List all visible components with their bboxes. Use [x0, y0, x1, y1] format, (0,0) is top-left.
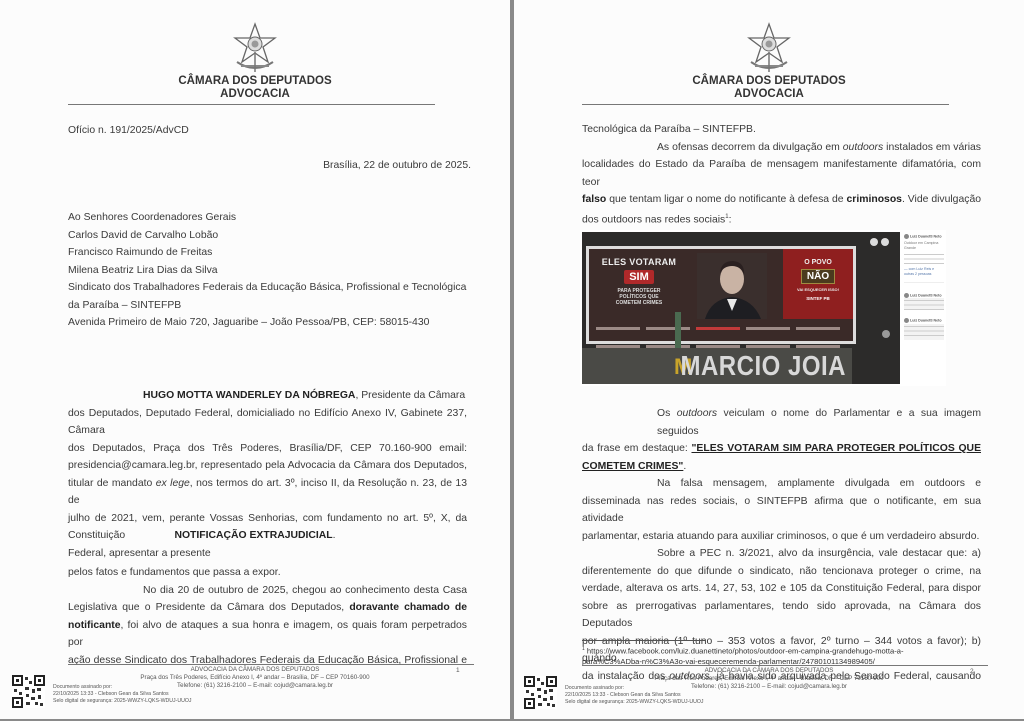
- text-span: ex lege: [156, 478, 190, 489]
- header-divider: [68, 104, 435, 105]
- text-line: presidencia@camara.leg.br, representado …: [68, 457, 467, 475]
- text-line: disseminada nas redes sociais, o SINTEFP…: [582, 493, 981, 528]
- footer-line: Praça dos Três Poderes, Edifício Anexo I…: [0, 674, 510, 682]
- text-span: que tentam ligar o nome do notificante à…: [606, 194, 846, 205]
- notifier-name: HUGO MOTTA WANDERLEY DA NÓBREGA: [143, 390, 355, 401]
- post-author[interactable]: Luiz Duanetti Neto: [910, 234, 942, 238]
- text-line: parlamentar, estaria atuando para auxili…: [582, 528, 981, 546]
- text-span: outdoors: [677, 408, 717, 419]
- footnote: 1 https://www.facebook.com/luiz.duanetti…: [582, 644, 903, 667]
- qr-code-icon: [12, 675, 45, 708]
- quoted-phrase: "ELES VOTARAM SIM PARA PROTEGER POLÍTICO…: [691, 443, 981, 454]
- text-span: .: [333, 530, 336, 541]
- document-page-1: CÂMARA DOS DEPUTADOS ADVOCACIA Ofício n.…: [0, 0, 510, 719]
- text-line: Na falsa mensagem, amplamente divulgada …: [582, 475, 981, 493]
- text-span: da frase em destaque:: [582, 443, 691, 454]
- billboard-screenshot: ELES VOTARAM SIM PARA PROTEGER POLÍTICOS…: [580, 230, 946, 386]
- text-line: sobre as prerrogativas parlamentares, te…: [582, 598, 981, 633]
- text-line: Federal, apresentar a presente: [68, 545, 467, 563]
- text-span: instalados em várias: [883, 142, 981, 153]
- text-line: diferentemente do que difunde o sindicat…: [582, 563, 981, 581]
- text-span: titular de mandato: [68, 478, 156, 489]
- text-line: No dia 20 de outubro de 2025, chegou ao …: [68, 582, 467, 600]
- post-tags[interactable]: — com Luiz Reis e outras 2 pessoas: [904, 267, 944, 276]
- notification-heading: NOTIFICAÇÃO EXTRAJUDICIAL.: [0, 527, 510, 545]
- options-icon[interactable]: [881, 238, 889, 246]
- text-span: outdoors: [843, 142, 883, 153]
- signature-signer: 22/10/2025 13:33 - Clebson Gean da Silva…: [565, 692, 703, 699]
- post-caption: Outdoor em Campina Grande: [904, 241, 944, 250]
- graffiti-text: MARCIO JOIA: [680, 351, 846, 383]
- text-line: localidades do Estado da Paraíba de mens…: [582, 156, 981, 191]
- footer-line: ADVOCACIA DA CÂMARA DOS DEPUTADOS: [514, 667, 1024, 675]
- text-span: criminosos: [847, 194, 902, 205]
- institution-name: CÂMARA DOS DEPUTADOS: [0, 75, 510, 88]
- facebook-post-panel: Luiz Duanetti Neto Outdoor em Campina Gr…: [902, 232, 946, 384]
- comment-author[interactable]: Luiz Duanetti Neto: [910, 319, 942, 323]
- text-span: .: [683, 461, 686, 472]
- billboard: ELES VOTARAM SIM PARA PROTEGER POLÍTICOS…: [586, 246, 856, 344]
- document-page-2: CÂMARA DOS DEPUTADOS ADVOCACIA Tecnológi…: [514, 0, 1024, 719]
- footer-line: ADVOCACIA DA CÂMARA DOS DEPUTADOS: [0, 666, 510, 674]
- footnote-link[interactable]: https://www.facebook.com/luiz.duanettine…: [585, 647, 904, 656]
- recipient-org: Sindicato dos Trabalhadores Federais da …: [68, 279, 466, 297]
- text-span: Legislativa que o Presidente da Câmara d…: [68, 602, 349, 613]
- header-divider: [582, 104, 949, 105]
- sintefpb-logo: SINTEF PB: [783, 296, 853, 301]
- text-line: dos Deputados, Deputado Federal, domicia…: [68, 405, 467, 440]
- billboard-text: O POVO: [783, 259, 853, 266]
- document-date: Brasília, 22 de outubro de 2025.: [323, 157, 471, 175]
- digital-signature: Documento assinado por: 22/10/2025 13:33…: [565, 685, 703, 706]
- signature-label: Documento assinado por:: [53, 684, 191, 691]
- text-span: Os: [657, 408, 677, 419]
- billboard-sim: SIM: [624, 270, 654, 284]
- wall-graffiti: M MARCIO JOIA: [582, 348, 852, 384]
- letterhead-title: CÂMARA DOS DEPUTADOS ADVOCACIA: [0, 75, 510, 101]
- text-span: falso: [582, 194, 606, 205]
- paragraph-facts: pelos fatos e fundamentos que passa a ex…: [68, 564, 467, 669]
- footnote-divider: [582, 640, 706, 641]
- billboard-photo: ELES VOTARAM SIM PARA PROTEGER POLÍTICOS…: [582, 232, 900, 384]
- institution-name: CÂMARA DOS DEPUTADOS: [514, 75, 1024, 88]
- text-line: dos Deputados, Praça dos Três Poderes, B…: [68, 440, 467, 458]
- avatar: [904, 293, 909, 298]
- page-number: 2: [970, 668, 974, 675]
- text-span: notificante: [68, 620, 121, 631]
- text-span: As ofensas decorrem da divulgação em: [657, 142, 843, 153]
- recipient-salutation: Ao Senhores Coordenadores Gerais: [68, 209, 466, 227]
- text-span: , Presidente da Câmara: [355, 390, 465, 401]
- page-number: 1: [456, 667, 460, 674]
- footer-divider: [582, 665, 988, 666]
- billboard-text: COMETEM CRIMES: [589, 300, 689, 306]
- text-line: Tecnológica da Paraíba – SINTEFPB.: [582, 121, 981, 139]
- billboard-text: ELES VOTARAM: [589, 257, 689, 267]
- department-name: ADVOCACIA: [514, 88, 1024, 101]
- billboard-nao: NÃO: [801, 269, 835, 284]
- recipient-name: Milena Beatriz Lira Dias da Silva: [68, 262, 466, 280]
- billboard-left-panel: ELES VOTARAM SIM PARA PROTEGER POLÍTICOS…: [589, 249, 689, 319]
- recipient-name: Carlos David de Carvalho Lobão: [68, 227, 466, 245]
- text-line: verdade, alterava os arts. 14, 27, 53, 1…: [582, 580, 981, 598]
- recipient-block: Ao Senhores Coordenadores Gerais Carlos …: [68, 209, 466, 332]
- billboard-text: VAI ESQUECER ISSO!: [783, 287, 853, 292]
- next-photo-icon[interactable]: [882, 330, 890, 338]
- brazil-coat-of-arms-icon: [231, 22, 279, 74]
- heading-text: NOTIFICAÇÃO EXTRAJUDICIAL: [174, 530, 332, 541]
- avatar: [904, 318, 909, 323]
- recipient-name: Francisco Raimundo de Freitas: [68, 244, 466, 262]
- footer-divider: [68, 664, 474, 665]
- text-span: . Vide divulgação: [902, 194, 981, 205]
- zoom-icon[interactable]: [870, 238, 878, 246]
- signature-seal: Selo digital de segurança: 2025-WWZY-LQK…: [565, 699, 703, 706]
- quoted-phrase: COMETEM CRIMES": [582, 461, 683, 472]
- qr-code-icon: [524, 676, 557, 709]
- text-line: Sobre a PEC n. 3/2021, alvo da insurgênc…: [582, 545, 981, 563]
- signature-seal: Selo digital de segurança: 2025-WWZY-LQK…: [53, 698, 191, 705]
- paragraph-offenses: Tecnológica da Paraíba – SINTEFPB. As of…: [582, 121, 981, 228]
- department-name: ADVOCACIA: [0, 88, 510, 101]
- billboard-right-panel: O POVO NÃO VAI ESQUECER ISSO! SINTEF PB: [783, 249, 853, 319]
- signature-label: Documento assinado por:: [565, 685, 703, 692]
- paragraph-billboard-phrase: Os outdoors veiculam o nome do Parlament…: [582, 405, 981, 685]
- portrait-image: [697, 253, 767, 319]
- oficio-number: Ofício n. 191/2025/AdvCD: [68, 122, 189, 140]
- text-line: pelos fatos e fundamentos que passa a ex…: [68, 564, 467, 582]
- avatar: [904, 234, 909, 239]
- footer-line: Praça dos Três Poderes, Edifício Anexo I…: [514, 675, 1024, 683]
- digital-signature: Documento assinado por: 22/10/2025 13:33…: [53, 684, 191, 705]
- text-span: , foi alvo de ataques a sua honra e imag…: [68, 620, 467, 649]
- recipient-org: da Paraíba – SINTEFPB: [68, 297, 466, 315]
- deputy-names-list: [593, 319, 849, 335]
- signature-signer: 22/10/2025 13:33 - Clebson Gean da Silva…: [53, 691, 191, 698]
- letterhead-title: CÂMARA DOS DEPUTADOS ADVOCACIA: [514, 75, 1024, 101]
- brazil-coat-of-arms-icon: [745, 22, 793, 74]
- comment-author[interactable]: Luiz Duanetti Neto: [910, 294, 942, 298]
- text-span: :: [729, 214, 732, 225]
- text-span: dos outdoors nas redes sociais: [582, 214, 725, 225]
- recipient-address: Avenida Primeiro de Maio 720, Jaguaribe …: [68, 314, 466, 332]
- text-span: doravante chamado de: [349, 602, 467, 613]
